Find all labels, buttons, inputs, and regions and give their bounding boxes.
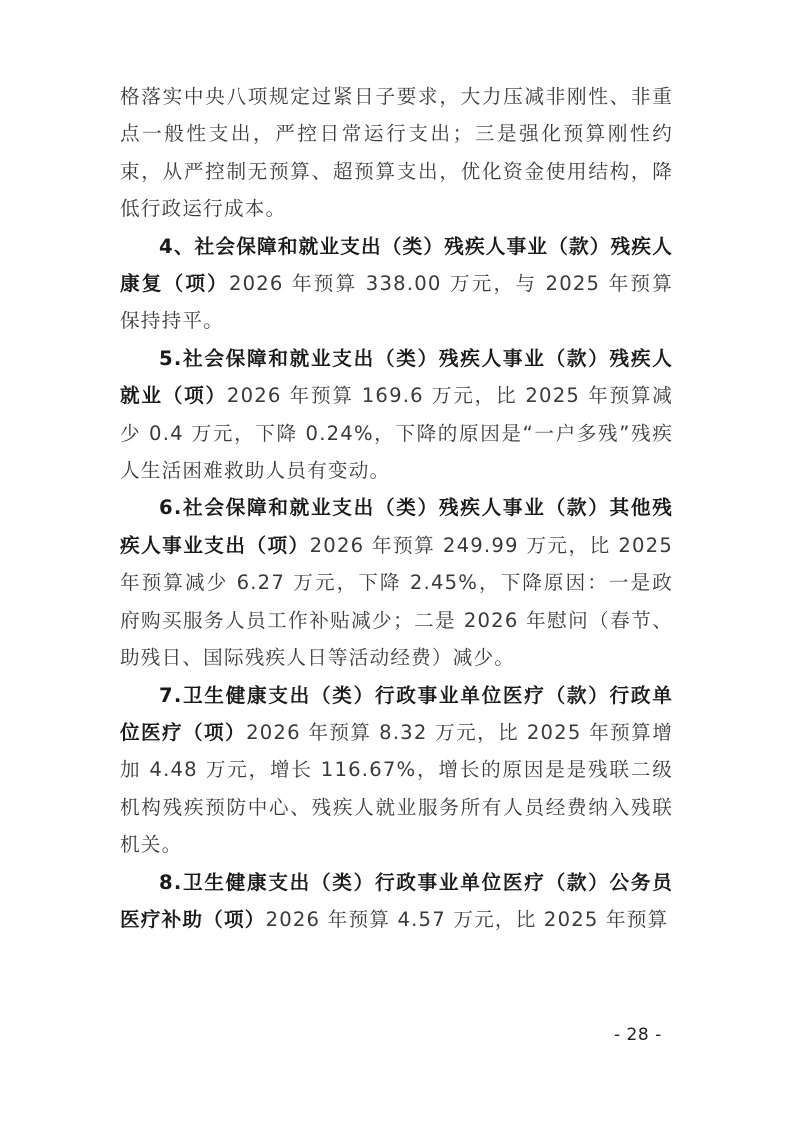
paragraph-item-4: 4、社会保障和就业支出（类）残疾人事业（款）残疾人康复（项）2026 年预算 3… xyxy=(120,228,673,340)
paragraph-item-7: 7.卫生健康支出（类）行政事业单位医疗（款）行政单位医疗（项）2026 年预算 … xyxy=(120,677,673,864)
page-number: - 28 - xyxy=(614,1025,662,1045)
paragraph-item-5: 5.社会保障和就业支出（类）残疾人事业（款）残疾人就业（项）2026 年预算 1… xyxy=(120,340,673,490)
document-page: 格落实中央八项规定过紧日子要求，大力压减非刚性、非重点一般性支出，严控日常运行支… xyxy=(120,78,673,938)
paragraph-item-6: 6.社会保障和就业支出（类）残疾人事业（款）其他残疾人事业支出（项）2026 年… xyxy=(120,489,673,676)
paragraph-body: 2026 年预算 4.57 万元，比 2025 年预算 xyxy=(266,908,669,931)
paragraph-item-8: 8.卫生健康支出（类）行政事业单位医疗（款）公务员医疗补助（项）2026 年预算… xyxy=(120,864,673,939)
paragraph-continued: 格落实中央八项规定过紧日子要求，大力压减非刚性、非重点一般性支出，严控日常运行支… xyxy=(120,78,673,228)
paragraph-body: 格落实中央八项规定过紧日子要求，大力压减非刚性、非重点一般性支出，严控日常运行支… xyxy=(120,85,673,220)
